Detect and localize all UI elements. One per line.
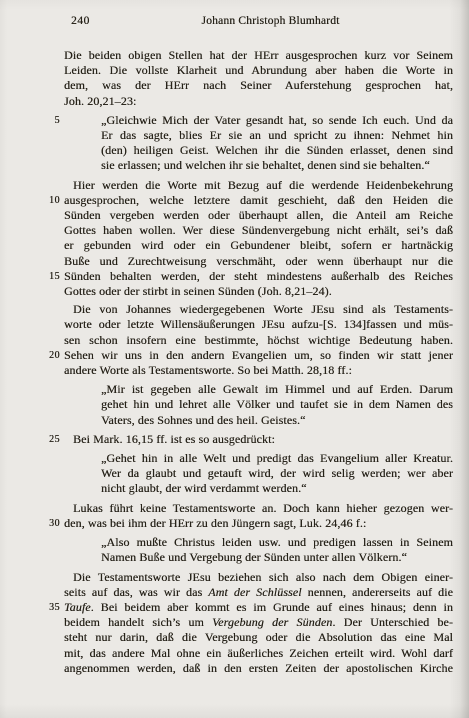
text-line: dem, was der HErr nach Seiner Auferstehu… [64,78,453,93]
text-line: Vaters, des Sohnes und des heil. Geistes… [101,413,453,428]
text-line: seits auf das, was wir das Amt der Schlü… [64,585,453,600]
text-line: Leiden. Die vollste Klarheit und Abrundu… [64,63,453,78]
margin-line-number: 35 [49,600,60,615]
text-line: „Mir ist gegeben alle Gewalt im Himmel u… [101,382,453,397]
text-line: Sehen wir uns in den andern Evangelien u… [64,348,453,363]
paragraph: Lukas führt keine Testamentsworte an. Do… [64,501,453,531]
margin-line-number: 10 [49,193,60,208]
paragraph: Hier werden die Worte mit Bezug auf die … [64,178,453,300]
text-line: Die beiden obigen Stellen hat der HErr a… [64,48,453,63]
page-number: 240 [71,13,90,29]
margin-line-number: 5 [55,113,61,128]
text-line: Die Testamentsworte JEsu beziehen sich a… [64,570,453,585]
text-line: „Gleichwie Mich der Vater gesandt hat, s… [101,113,453,128]
block-quote: „Also mußte Christus leiden usw. und pre… [101,535,453,565]
text-line: worte oder letzte Willensäußerungen JEsu… [64,317,453,332]
text-line: Joh. 20,21–23: [64,94,453,109]
text-line: ausgesprochen, welche letztere damit ges… [64,193,453,208]
block-quote: „Mir ist gegeben alle Gewalt im Himmel u… [101,382,453,428]
text-line: sie erlassen; und welchen ihr sie behalt… [101,158,453,173]
text-line: Die von Johannes wiedergegebenen Worte J… [64,302,453,317]
book-page: 240 Johann Christoph Blumhardt Die beide… [0,0,469,718]
text-line: Sünden vergeben werden oder überhaupt al… [64,208,453,223]
text-line: angenommen werden, daß in den ersten Zei… [64,661,453,676]
text-line: Gottes haben wollen. Wer diese Sündenver… [64,223,453,238]
text-line: Lukas führt keine Testamentsworte an. Do… [64,501,453,516]
text-line: „Gehet hin in alle Welt und predigt das … [101,451,453,466]
margin-line-number: 25 [49,432,60,447]
page-header: 240 Johann Christoph Blumhardt [64,13,453,29]
margin-line-number: 30 [49,516,60,531]
paragraph: Die beiden obigen Stellen hat der HErr a… [64,48,453,109]
text-line: er gebunden wird oder ein Gebundener ble… [64,238,453,253]
margin-line-number: 15 [49,269,60,284]
text-line: beidem handelt sich’s um Vergebung der S… [64,615,453,630]
text-line: Wer da glaubt und getauft wird, der wird… [101,466,453,481]
text-line: Buße und Zurechtweisung verschmäht, oder… [64,254,453,269]
text-line: steht nur darin, daß die Vergebung oder … [64,630,453,645]
text-line: „Also mußte Christus leiden usw. und pre… [101,535,453,550]
paragraph: Bei Mark. 16,15 ff. ist es so ausgedrück… [64,432,453,447]
text-line: Sünden behalten werden, der steht mindes… [64,269,453,284]
text-line: Hier werden die Worte mit Bezug auf die … [64,178,453,193]
block-quote: „Gehet hin in alle Welt und predigt das … [101,451,453,497]
text-line: Er das sagte, blies Er sie an und sprich… [101,128,453,143]
text-line: mit, das andere Mal ohne ein äußerliches… [64,646,453,661]
text-line: gehet hin und lehret alle Völker und tau… [101,397,453,412]
text-line: den, was bei ihm der HErr zu den Jüngern… [64,516,453,531]
text-line: sen schon insofern eine bestimmte, höchs… [64,333,453,348]
text-line: Taufe. Bei beidem aber kommt es im Grund… [64,600,453,615]
margin-line-number: 20 [49,348,60,363]
text-line: Namen Buße und Vergebung der Sünden unte… [101,550,453,565]
paragraph: Die Testamentsworte JEsu beziehen sich a… [64,570,453,676]
text-line: andere Worte als Testamentsworte. So bei… [64,363,453,378]
running-title: Johann Christoph Blumhardt [64,13,453,29]
page-body: Die beiden obigen Stellen hat der HErr a… [64,48,453,676]
paragraph: Die von Johannes wiedergegebenen Worte J… [64,302,453,378]
text-line: Gottes oder der stirbt in seinen Sünden … [64,284,453,299]
text-line: (den) heiligen Geist. Welchen ihr die Sü… [101,143,453,158]
text-line: Bei Mark. 16,15 ff. ist es so ausgedrück… [64,432,453,447]
block-quote: „Gleichwie Mich der Vater gesandt hat, s… [101,113,453,174]
text-line: nicht glaubt, der wird verdammt werden.“ [101,481,453,496]
